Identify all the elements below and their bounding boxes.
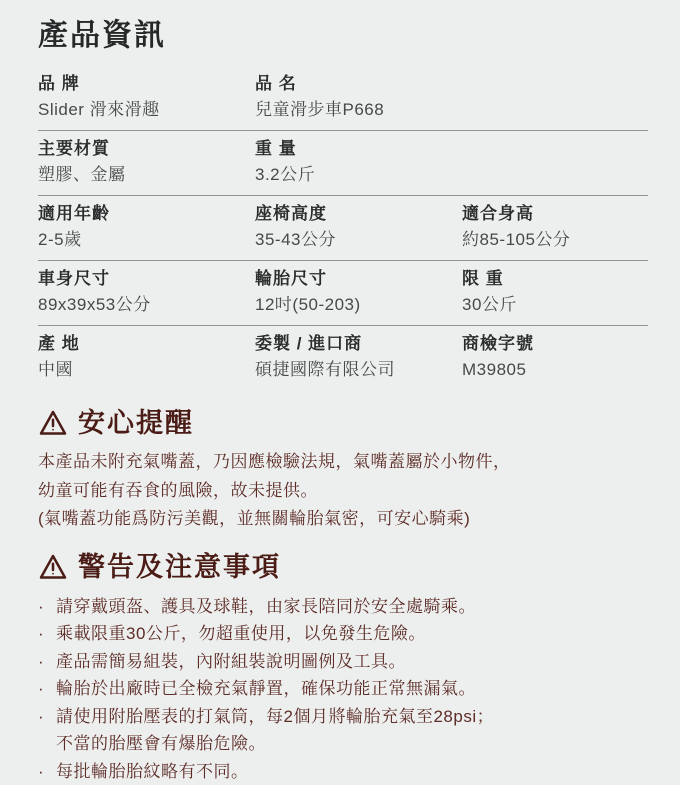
- spec-label: 商檢字號: [462, 334, 640, 354]
- warning-triangle-icon: [38, 408, 68, 438]
- spec-value: Slider 滑來滑趣: [38, 99, 247, 121]
- list-item: · 請穿戴頭盔、護具及球鞋，由家長陪同於安全處騎乘。: [38, 593, 648, 621]
- bullet-icon: ·: [38, 675, 56, 703]
- list-item: · 產品需簡易組裝，內附組裝說明圖例及工具。: [38, 648, 648, 676]
- bullet-icon: ·: [38, 703, 56, 731]
- spec-value: 12吋(50-203): [255, 294, 454, 316]
- spec-cell-importer: 委製 / 進口商 碩捷國際有限公司: [255, 334, 462, 381]
- spec-value: 30公斤: [462, 294, 640, 316]
- product-info-page: 產品資訊 品 牌 Slider 滑來滑趣 品 名 兒童滑步車P668 主要材質 …: [0, 0, 680, 785]
- spec-label: 適用年齡: [38, 204, 247, 224]
- spec-value: 3.2公斤: [255, 164, 640, 186]
- list-item: · 輪胎於出廠時已全檢充氣靜置，確保功能正常無漏氣。: [38, 675, 648, 703]
- bullet-icon: ·: [38, 758, 56, 785]
- spec-value: 塑膠、金屬: [38, 164, 247, 186]
- list-item-text: 每批輪胎胎紋略有不同。: [56, 758, 249, 785]
- warnings-section: 警告及注意事項 · 請穿戴頭盔、護具及球鞋，由家長陪同於安全處騎乘。 · 乘載限…: [38, 550, 648, 785]
- spec-label: 座椅高度: [255, 204, 454, 224]
- section-heading-text: 安心提醒: [78, 406, 194, 440]
- list-item-text: 不當的胎壓會有爆胎危險。: [56, 730, 266, 758]
- bullet-icon: ·: [38, 593, 56, 621]
- spec-value: 35-43公分: [255, 229, 454, 251]
- spec-value: 2-5歲: [38, 229, 247, 251]
- spec-label: 車身尺寸: [38, 269, 247, 289]
- spec-cell-seat-height: 座椅高度 35-43公分: [255, 204, 462, 251]
- spec-label: 產 地: [38, 334, 247, 354]
- list-item-text: 請使用附胎壓表的打氣筒，每2個月將輪胎充氣至28psi；: [56, 703, 494, 731]
- spec-row-origin-importer: 產 地 中國 委製 / 進口商 碩捷國際有限公司 商檢字號 M39805: [38, 326, 648, 390]
- page-title: 產品資訊: [38, 18, 648, 54]
- list-item: · 每批輪胎胎紋略有不同。: [38, 758, 648, 785]
- spec-value: 約85-105公分: [462, 229, 640, 251]
- spec-label: 適合身高: [462, 204, 640, 224]
- spec-row-age-seat-height: 適用年齡 2-5歲 座椅高度 35-43公分 適合身高 約85-105公分: [38, 196, 648, 261]
- warnings-heading: 警告及注意事項: [38, 550, 648, 584]
- spec-cell-body-size: 車身尺寸 89x39x53公分: [38, 269, 255, 316]
- spec-label: 委製 / 進口商: [255, 334, 454, 354]
- spec-label: 限 重: [462, 269, 640, 289]
- spec-cell-origin: 產 地 中國: [38, 334, 255, 381]
- spec-value: M39805: [462, 359, 640, 381]
- list-item-text: 產品需簡易組裝，內附組裝說明圖例及工具。: [56, 648, 406, 676]
- list-item-text: 輪胎於出廠時已全檢充氣靜置，確保功能正常無漏氣。: [56, 675, 476, 703]
- spec-value: 中國: [38, 359, 247, 381]
- safety-notice-section: 安心提醒 本產品未附充氣嘴蓋，乃因應檢驗法規，氣嘴蓋屬於小物件， 幼童可能有吞食…: [38, 406, 648, 534]
- spec-cell-material: 主要材質 塑膠、金屬: [38, 139, 255, 186]
- spec-value: 89x39x53公分: [38, 294, 247, 316]
- spec-cell-tire-size: 輪胎尺寸 12吋(50-203): [255, 269, 462, 316]
- spec-label: 主要材質: [38, 139, 247, 159]
- paragraph-line: 本產品未附充氣嘴蓋，乃因應檢驗法規，氣嘴蓋屬於小物件，: [38, 448, 648, 477]
- spec-value: 碩捷國際有限公司: [255, 359, 454, 381]
- list-item-continuation: · 不當的胎壓會有爆胎危險。: [38, 730, 648, 758]
- spec-row-material-weight: 主要材質 塑膠、金屬 重 量 3.2公斤: [38, 131, 648, 196]
- spec-cell-weight-limit: 限 重 30公斤: [462, 269, 648, 316]
- spec-label: 品 牌: [38, 74, 247, 94]
- spec-cell-brand: 品 牌 Slider 滑來滑趣: [38, 74, 255, 121]
- bullet-icon: ·: [38, 648, 56, 676]
- spec-cell-body-height: 適合身高 約85-105公分: [462, 204, 648, 251]
- spec-cell-product-name: 品 名 兒童滑步車P668: [255, 74, 648, 121]
- spec-label: 輪胎尺寸: [255, 269, 454, 289]
- list-item-text: 請穿戴頭盔、護具及球鞋，由家長陪同於安全處騎乘。: [56, 593, 476, 621]
- safety-notice-heading: 安心提醒: [38, 406, 648, 440]
- spec-row-size-tire-limit: 車身尺寸 89x39x53公分 輪胎尺寸 12吋(50-203) 限 重 30公…: [38, 261, 648, 326]
- spec-cell-age: 適用年齡 2-5歲: [38, 204, 255, 251]
- spec-label: 品 名: [255, 74, 640, 94]
- list-item-text: 乘載限重30公斤，勿超重使用，以免發生危險。: [56, 620, 426, 648]
- list-item: · 乘載限重30公斤，勿超重使用，以免發生危險。: [38, 620, 648, 648]
- spec-value: 兒童滑步車P668: [255, 99, 640, 121]
- spec-table: 品 牌 Slider 滑來滑趣 品 名 兒童滑步車P668 主要材質 塑膠、金屬…: [38, 66, 648, 390]
- spec-cell-inspection-number: 商檢字號 M39805: [462, 334, 648, 381]
- bullet-icon: ·: [38, 620, 56, 648]
- paragraph-line: 幼童可能有吞食的風險，故未提供。: [38, 477, 648, 506]
- spec-row-brand-name: 品 牌 Slider 滑來滑趣 品 名 兒童滑步車P668: [38, 66, 648, 131]
- spec-label: 重 量: [255, 139, 640, 159]
- list-item: · 請使用附胎壓表的打氣筒，每2個月將輪胎充氣至28psi；: [38, 703, 648, 731]
- warnings-list: · 請穿戴頭盔、護具及球鞋，由家長陪同於安全處騎乘。 · 乘載限重30公斤，勿超…: [38, 593, 648, 785]
- warning-triangle-icon: [38, 552, 68, 582]
- safety-notice-paragraph: 本產品未附充氣嘴蓋，乃因應檢驗法規，氣嘴蓋屬於小物件， 幼童可能有吞食的風險，故…: [38, 448, 648, 534]
- spec-cell-weight: 重 量 3.2公斤: [255, 139, 648, 186]
- paragraph-line: (氣嘴蓋功能爲防污美觀，並無關輪胎氣密，可安心騎乘): [38, 505, 648, 534]
- section-heading-text: 警告及注意事項: [78, 550, 281, 584]
